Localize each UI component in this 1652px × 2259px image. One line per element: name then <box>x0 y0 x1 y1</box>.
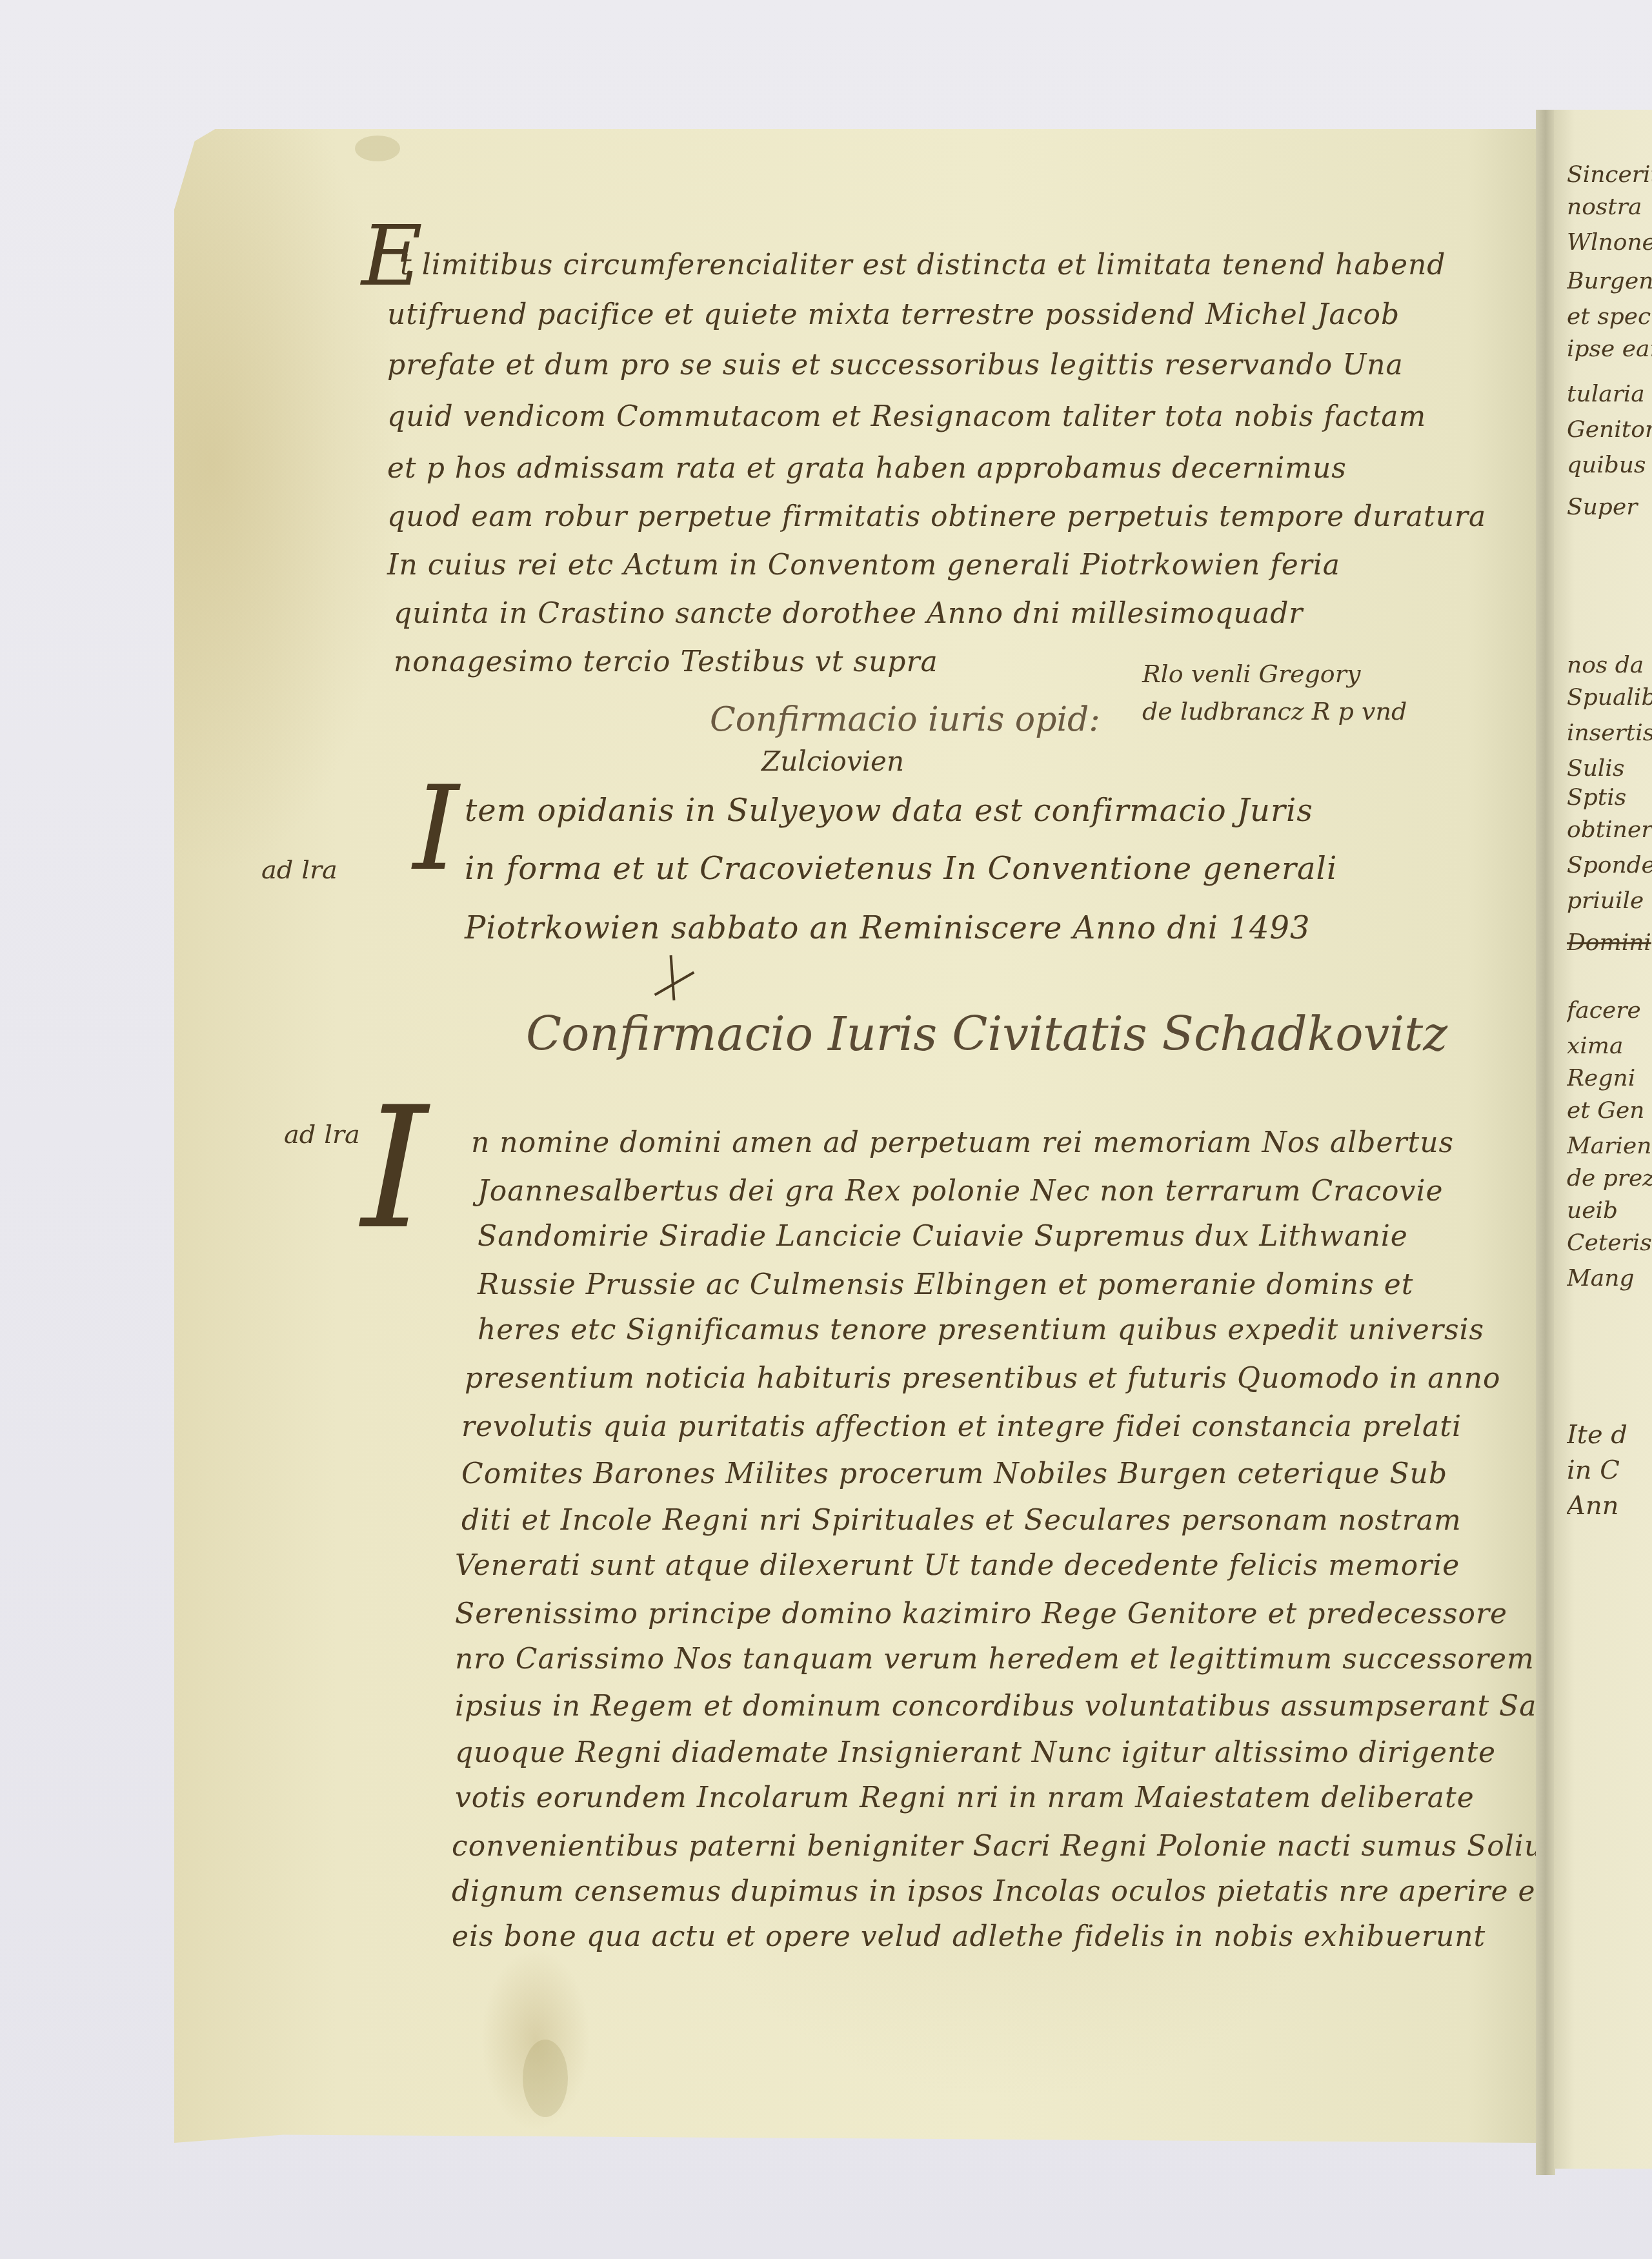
text-line: et p hos admissam rata et grata haben ap… <box>387 452 1347 485</box>
text-line: tem opidanis in Sulyeyow data est confir… <box>465 793 1313 829</box>
text-line: t limitibus circumferencialiter est dist… <box>400 248 1446 281</box>
book-gutter <box>1536 110 1555 2175</box>
text-line: Genitor <box>1567 416 1652 443</box>
text-line: In cuius rei etc Actum in Conventom gene… <box>387 549 1340 582</box>
text-line: convenientibus paterni benigniter Sacri … <box>452 1830 1571 1863</box>
rubric-title: Confirmacio iuris opid: <box>710 700 1100 739</box>
text-line: Joannesalbertus dei gra Rex polonie Nec … <box>478 1175 1444 1208</box>
text-line: Sulis <box>1567 755 1652 782</box>
text-line: Spondem <box>1567 852 1652 878</box>
text-line: insertis <box>1567 720 1652 746</box>
text-line: Sptis <box>1567 784 1652 811</box>
text-line: priuile <box>1567 887 1652 914</box>
section-heading: Confirmacio Iuris Civitatis Schadkovitz <box>526 1007 1447 1061</box>
text-line: Venerati sunt atque dilexerunt Ut tande … <box>455 1549 1460 1582</box>
margin-note: ad lra <box>284 1120 360 1150</box>
text-line: prefate et dum pro se suis et successori… <box>387 349 1404 381</box>
text-line: nonagesimo tercio Testibus vt supra <box>394 645 938 678</box>
text-line: quinta in Crastino sancte dorothee Anno … <box>394 597 1303 630</box>
text-line: Sincerita <box>1567 161 1652 188</box>
text-line: Marien <box>1567 1133 1652 1159</box>
text-line: et Gen <box>1567 1097 1652 1124</box>
text-line: Comites Barones Milites procerum Nobiles… <box>461 1457 1447 1490</box>
text-line: Piotrkowien sabbato an Reminiscere Anno … <box>465 910 1311 946</box>
text-line: Mang <box>1567 1265 1652 1292</box>
text-line: diti et Incole Regni nri Spirituales et … <box>461 1504 1462 1537</box>
struck-text-line: Domini <box>1567 929 1652 956</box>
text-line: quod eam robur perpetue firmitatis obtin… <box>387 500 1486 533</box>
text-line: tularia <box>1567 381 1652 407</box>
text-line: in forma et ut Cracovietenus In Conventi… <box>465 851 1337 887</box>
text-line: et speci <box>1567 303 1652 330</box>
signature-line: de ludbrancz R p vnd <box>1142 693 1407 730</box>
text-line: Russie Prussie ac Culmensis Elbingen et … <box>478 1268 1413 1301</box>
scribe-signature: Rlo venli Gregory de ludbrancz R p vnd <box>1142 655 1407 730</box>
text-line: nos da <box>1567 652 1652 678</box>
text-line: presentium noticia habituris presentibus… <box>465 1362 1501 1395</box>
text-line: quid vendicom Commutacom et Resignacom t… <box>387 400 1426 433</box>
text-line: ueib <box>1567 1197 1652 1224</box>
text-line: votis eorundem Incolarum Regni nri in nr… <box>455 1781 1475 1814</box>
text-line: Sandomirie Siradie Lancicie Cuiavie Supr… <box>478 1220 1408 1253</box>
text-line: Super <box>1567 494 1652 520</box>
text-line: de prez <box>1567 1165 1652 1191</box>
text-line: quibus <box>1567 452 1652 478</box>
text-line: ipse eam <box>1567 336 1652 362</box>
text-line: in C <box>1567 1455 1652 1485</box>
text-line: n nomine domini amen ad perpetuam rei me… <box>471 1126 1454 1159</box>
signature-line: Rlo venli Gregory <box>1142 655 1407 693</box>
text-line: obtinere <box>1567 816 1652 843</box>
decorated-initial-i: I <box>361 1071 428 1266</box>
text-line: heres etc Significamus tenore presentium… <box>478 1313 1484 1346</box>
text-line: Burgensib <box>1567 268 1652 294</box>
margin-note: ad lra <box>261 855 337 885</box>
text-line: eis bone qua actu et opere velud adlethe… <box>452 1920 1486 1953</box>
text-line: Ite d <box>1567 1420 1652 1450</box>
text-line: Wlnone <box>1567 229 1652 256</box>
water-stain <box>355 136 400 161</box>
text-line: Ann <box>1567 1491 1652 1521</box>
text-line: Ceterisq <box>1567 1230 1652 1256</box>
text-line: Spualib <box>1567 684 1652 711</box>
water-stain <box>523 2040 568 2117</box>
decorated-initial-i: I <box>413 762 459 897</box>
text-line: ipsius in Regem et dominum concordibus v… <box>455 1690 1586 1723</box>
text-line: revolutis quia puritatis affection et in… <box>461 1410 1462 1443</box>
text-line: Serenissimo principe domino kazimiro Reg… <box>455 1597 1507 1630</box>
text-line: Regni <box>1567 1065 1652 1091</box>
text-line: facere <box>1567 997 1652 1024</box>
text-line: nostra <box>1567 194 1652 220</box>
text-line: xima <box>1567 1033 1652 1059</box>
rubric-subtitle: Zulciovien <box>761 745 904 777</box>
text-line: nro Carissimo Nos tanquam verum heredem … <box>455 1643 1535 1676</box>
text-line: dignum censemus dupimus in ipsos Incolas… <box>452 1875 1547 1908</box>
text-line: utifruend pacifice et quiete mixta terre… <box>387 298 1400 331</box>
text-line: quoque Regni diademate Insignierant Nunc… <box>455 1736 1496 1769</box>
